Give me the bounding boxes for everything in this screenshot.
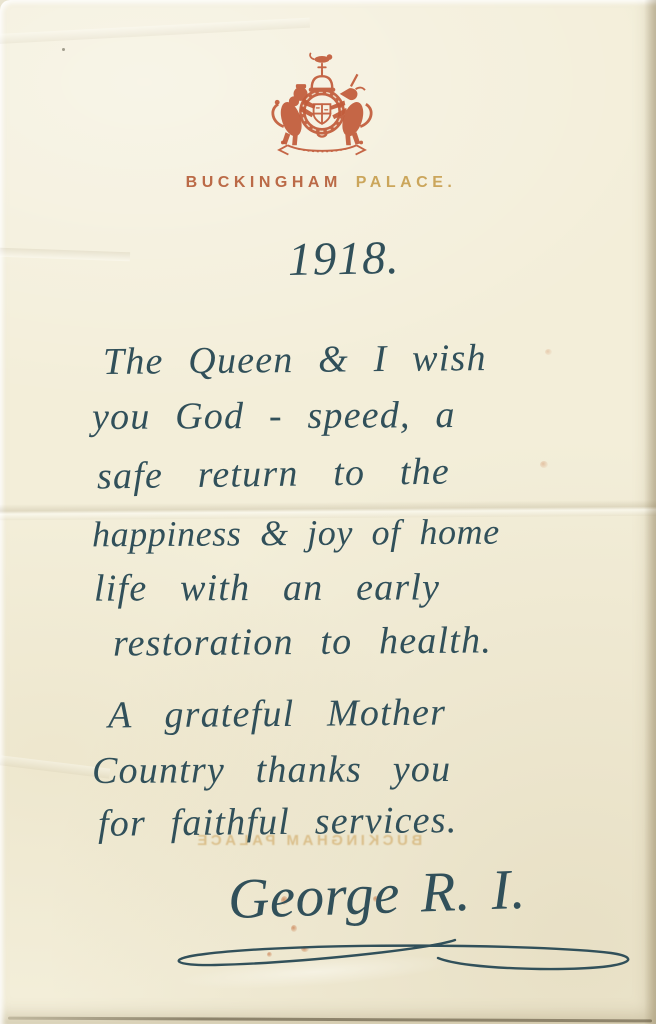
- royal-coat-of-arms-icon: [252, 48, 392, 166]
- letterhead-title: BUCKINGHAMPALACE.: [0, 174, 642, 192]
- letterhead-crest: [252, 48, 392, 166]
- letterhead-word-palace: PALACE.: [356, 174, 457, 191]
- handwriting-line: restoration to health.: [113, 618, 492, 665]
- paper-edge-shadow: [644, 0, 656, 1024]
- paper-speck: [62, 48, 65, 51]
- foxing-spot: [540, 461, 548, 468]
- handwriting-line: you God - speed, a: [92, 393, 456, 439]
- scanned-letter-photo: BUCKINGHAMPALACE. 1918. The Queen & I wi…: [0, 0, 656, 1024]
- handwriting-line: The Queen & I wish: [103, 336, 487, 384]
- handwriting-line: life with an early: [94, 565, 440, 610]
- bleed-through-letterpress: BUCKINGHAM PALACE: [0, 832, 616, 849]
- foxing-spot: [545, 349, 552, 355]
- handwriting-line: happiness & joy of home: [92, 511, 500, 556]
- handwriting-line: safe return to the: [97, 450, 450, 499]
- signature-flourish: [0, 925, 656, 1000]
- letterhead-word-buckingham: BUCKINGHAM: [186, 174, 342, 191]
- signature-george-ri: George R. I.: [227, 857, 527, 932]
- handwriting-line: A grateful Mother: [108, 691, 446, 738]
- handwriting-line: Country thanks you: [92, 747, 451, 793]
- handwritten-date: 1918.: [288, 231, 401, 287]
